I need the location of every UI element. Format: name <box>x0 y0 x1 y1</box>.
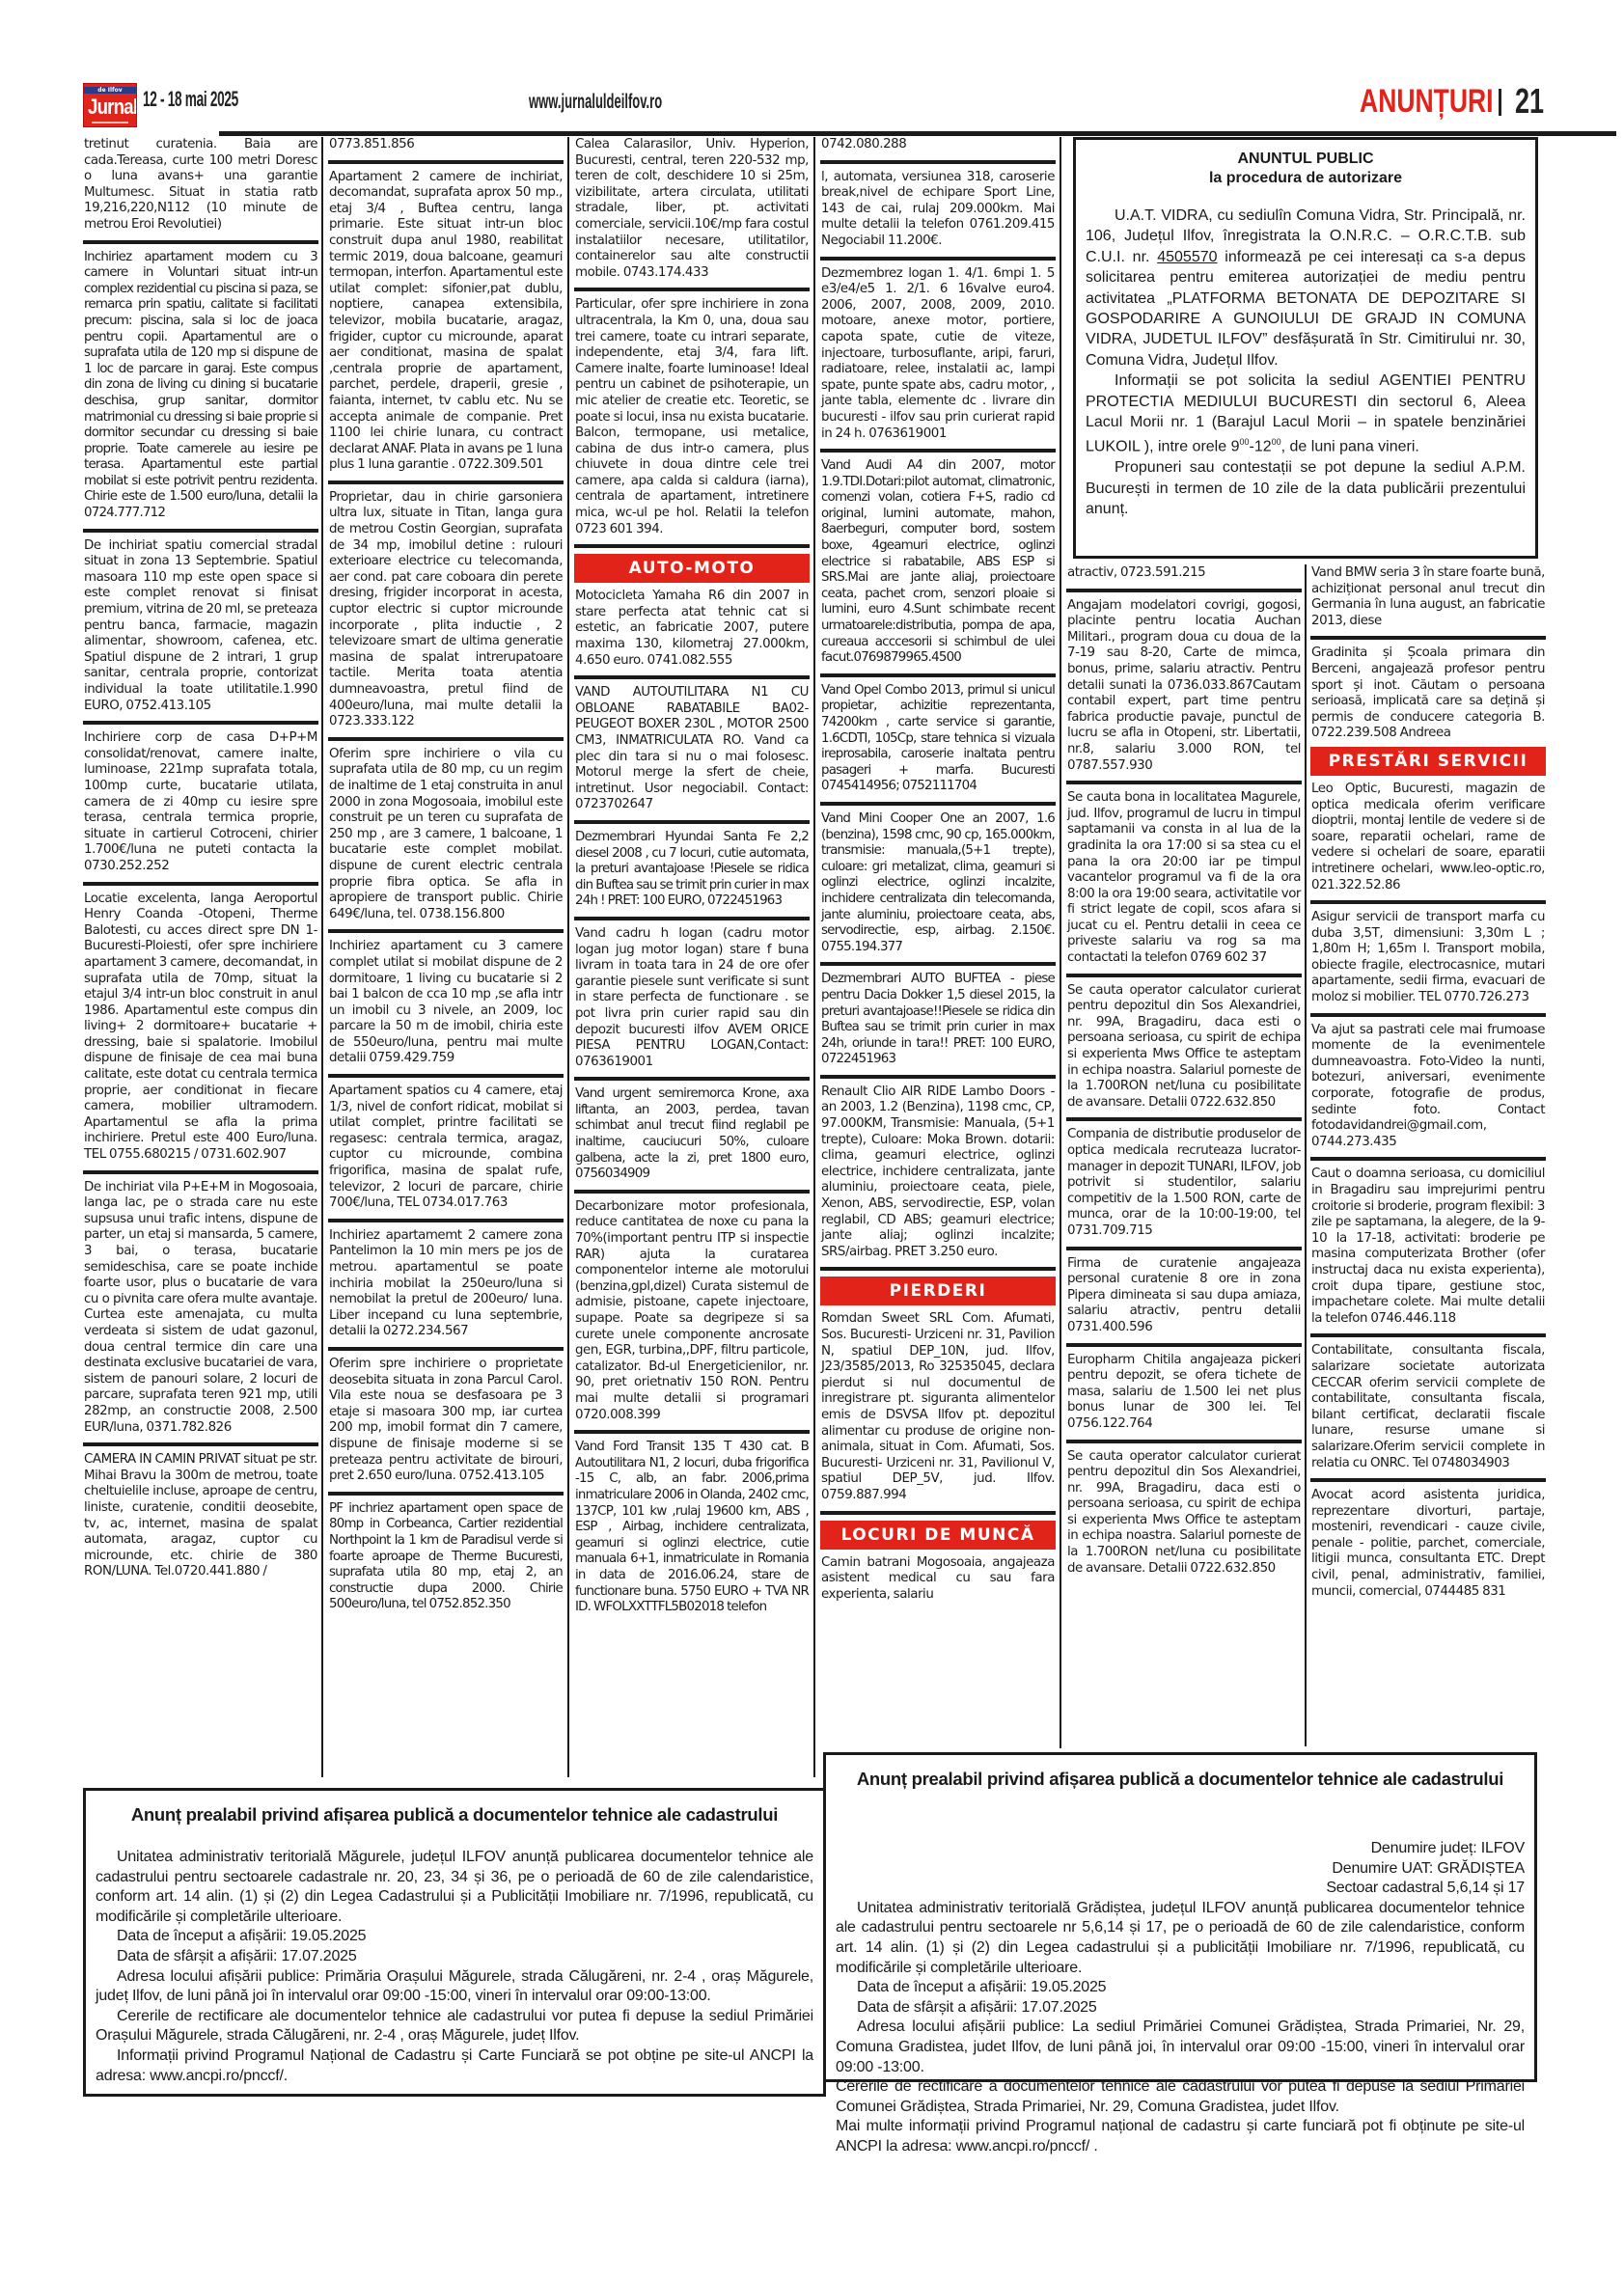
ad-separator <box>1066 1440 1302 1443</box>
cadastru-notice-magurele: Anunț prealabil privind afișarea publică… <box>83 1788 826 2097</box>
ads-column-1: tretinut curatenia. Baia are cada.Tereas… <box>83 137 318 1583</box>
county-name: Denumire județ: ILFOV <box>836 1839 1525 1859</box>
classified-ad: Apartament 2 camere de inchiriat, decoma… <box>328 170 564 477</box>
classified-ad: atractiv, 0723.591.215 <box>1066 565 1302 585</box>
classified-ad: Asigur servicii de transport marfa cu du… <box>1310 910 1546 1009</box>
ad-separator <box>574 675 810 679</box>
display-address: Adresa locului afișării publice: Primări… <box>96 1967 813 2007</box>
classified-ad: Firma de curatenie angajeaza personal cu… <box>1066 1256 1302 1339</box>
header-divider <box>1499 89 1501 116</box>
classified-ad: Vand Mini Cooper One an 2007, 1.6 (benzi… <box>820 811 1056 958</box>
rectification-info: Cererile de rectificare a documentelor t… <box>836 2077 1525 2117</box>
ad-separator <box>820 160 1056 164</box>
ad-separator <box>83 1170 318 1174</box>
classified-ad: l, automata, versiunea 318, caroserie br… <box>820 170 1056 253</box>
logo-title: Jurnalul <box>88 94 132 121</box>
ad-separator <box>820 1075 1056 1079</box>
classified-ad: Leo Optic, Bucuresti, magazin de optica … <box>1310 782 1546 896</box>
ads-column-2: 0773.851.856 Apartament 2 camere de inch… <box>328 137 564 1616</box>
ad-separator <box>328 160 564 164</box>
classified-ad: Inchiriez apartamemt 2 camere zona Pante… <box>328 1228 564 1343</box>
ad-separator <box>574 288 810 291</box>
classified-ad: Angajam modelatori covrigi, gogosi, plac… <box>1066 598 1302 778</box>
ad-separator <box>328 1347 564 1351</box>
ad-separator <box>820 1511 1056 1515</box>
ad-separator <box>1310 900 1546 904</box>
ad-separator <box>574 544 810 548</box>
classified-ad: Vand urgent semiremorca Krone, axa lifta… <box>574 1086 810 1186</box>
ad-separator <box>574 1077 810 1081</box>
ad-separator <box>1066 1117 1302 1121</box>
ad-separator <box>1066 589 1302 592</box>
display-start-date: Data de început a afișării: 19.05.2025 <box>836 1978 1525 1998</box>
issue-date: 12 - 18 mai 2025 <box>143 87 238 112</box>
classified-ad: Romdan Sweet SRL Com. Afumati, Sos. Bucu… <box>820 1311 1056 1506</box>
column-divider <box>321 137 323 1777</box>
ad-separator <box>820 1267 1056 1271</box>
classified-ad: Oferim spre inchiriere o vila cu suprafa… <box>328 747 564 926</box>
cadastru-paragraph: Unitatea administrativ teritorială Măgur… <box>96 1848 813 1927</box>
ad-separator <box>1310 1333 1546 1337</box>
ad-separator <box>83 882 318 886</box>
classified-ad: Dezmembrari Hyundai Santa Fe 2,2 diesel … <box>574 830 810 913</box>
classified-ad: Va ajut sa pastrati cele mai frumoase mo… <box>1310 1023 1546 1154</box>
ancpi-info: Informații privind Programul Național de… <box>96 2046 813 2086</box>
cui-number: 4505570 <box>1157 249 1217 265</box>
ads-column-6: Vand BMW seria 3 în stare foarte bună, a… <box>1310 565 1546 1603</box>
classified-ad: Compania de distributie produselor de op… <box>1066 1127 1302 1242</box>
classified-ad: Inchiriez apartament cu 3 camere complet… <box>328 939 564 1070</box>
classified-ad: tretinut curatenia. Baia are cada.Tereas… <box>83 137 318 236</box>
uat-name: Denumire UAT: GRĂDIȘTEA <box>836 1859 1525 1880</box>
classified-ad: 0773.851.856 <box>328 137 564 156</box>
classified-ad: VAND AUTOUTILITARA N1 CU OBLOANE RABATAB… <box>574 685 810 816</box>
classified-ad: Calea Calarasilor, Univ. Hyperion, Bucur… <box>574 137 810 284</box>
notice-paragraph: U.A.T. VIDRA, cu sediulîn Comuna Vidra, … <box>1086 206 1526 371</box>
display-end-date: Data de sfârșit a afișării: 17.07.2025 <box>96 1947 813 1967</box>
cadastru-title: Anunț prealabil privind afișarea publică… <box>836 1767 1525 1791</box>
ad-separator <box>83 1442 318 1446</box>
ad-separator <box>820 802 1056 806</box>
classified-ad: Decarbonizare motor profesionala, reduce… <box>574 1199 810 1426</box>
ad-separator <box>328 929 564 933</box>
ad-separator <box>820 962 1056 966</box>
ad-separator <box>574 917 810 920</box>
classified-ad: Europharm Chitila angajeaza pickeri pent… <box>1066 1353 1302 1436</box>
ancpi-info: Mai multe informații privind Programul n… <box>836 2117 1525 2156</box>
column-divider <box>1305 564 1307 1746</box>
classified-ad: Dezmembrari AUTO BUFTEA - piese pentru D… <box>820 972 1056 1071</box>
ad-separator <box>328 481 564 484</box>
header-rule <box>219 131 1616 136</box>
ad-separator <box>1066 1247 1302 1250</box>
column-divider <box>1060 137 1061 1748</box>
classified-ad: Vand Ford Transit 135 T 430 cat. B Autou… <box>574 1440 810 1619</box>
ad-separator <box>83 721 318 725</box>
ad-separator <box>83 529 318 533</box>
classified-ad: 0742.080.288 <box>820 137 1056 156</box>
ad-separator <box>328 1219 564 1222</box>
notice-subtitle: la procedura de autorizare <box>1086 169 1526 188</box>
classified-ad: Se cauta operator calculator curierat pe… <box>1066 1449 1302 1580</box>
ad-separator <box>1066 781 1302 784</box>
classified-ad: Vand cadru h logan (cadru motor logan ju… <box>574 926 810 1073</box>
ad-separator <box>574 1430 810 1434</box>
ad-separator <box>328 1074 564 1078</box>
ad-separator <box>1310 1478 1546 1482</box>
column-divider <box>567 137 569 1777</box>
ad-separator <box>820 449 1056 453</box>
classified-ad: Renault Clio AIR RIDE Lambo Doors - an 2… <box>820 1085 1056 1264</box>
classified-ad: Vand Opel Combo 2013, primul si unicul p… <box>820 683 1056 798</box>
column-divider <box>813 137 815 1777</box>
notice-title: ANUNTUL PUBLIC <box>1086 150 1526 169</box>
classified-ad: Contabilitate, consultanta fiscala, sala… <box>1310 1343 1546 1474</box>
ads-column-5: atractiv, 0723.591.215 Angajam modelator… <box>1066 565 1302 1579</box>
classified-ad: De inchiriat spatiu comercial stradal si… <box>83 538 318 718</box>
classified-ad: Avocat acord asistenta juridica, repreze… <box>1310 1488 1546 1603</box>
display-start-date: Data de început a afișării: 19.05.2025 <box>96 1927 813 1947</box>
classified-ad: PF inchriez apartament open space de 80m… <box>328 1501 564 1616</box>
classified-ad: Se cauta bona in localitatea Magurele, j… <box>1066 790 1302 970</box>
ad-separator <box>1310 1013 1546 1017</box>
cadastru-notice-gradistea: Anunț prealabil privind afișarea publică… <box>823 1752 1537 2082</box>
cadastru-paragraph: Unitatea administrativ teritorială Grădi… <box>836 1899 1525 1978</box>
classified-ad: Inchiriere corp de casa D+P+M consolidat… <box>83 730 318 877</box>
classified-ad: Inchiriez apartament modern cu 3 camere … <box>83 250 318 525</box>
classified-ad: Vand BMW seria 3 în stare foarte bună, a… <box>1310 565 1546 632</box>
website-link[interactable]: www.jurnaluldeilfov.ro <box>529 91 662 114</box>
cadastru-title: Anunț prealabil privind afișarea publică… <box>96 1802 813 1826</box>
logo-subtitle: de Ilfov <box>84 87 136 94</box>
ad-separator <box>820 257 1056 261</box>
classified-ad: Se cauta operator calculator curierat pe… <box>1066 983 1302 1114</box>
classified-ad: De inchiriat vila P+E+M in Mogosoaia, la… <box>83 1180 318 1440</box>
public-notice-box: ANUNTUL PUBLIC la procedura de autorizar… <box>1073 137 1538 559</box>
ad-separator <box>328 737 564 741</box>
ad-separator <box>820 673 1056 677</box>
section-title: ANUNȚURI <box>1361 83 1494 121</box>
classified-ad: Dezmembrez logan 1. 4/1. 6mpi 1. 5 e3/e4… <box>820 266 1056 446</box>
ad-separator <box>1066 1343 1302 1347</box>
display-address: Adresa locului afișării publice: La sedi… <box>836 2018 1525 2077</box>
ads-column-4: 0742.080.288 l, automata, versiunea 318,… <box>820 137 1056 1606</box>
ad-separator <box>574 820 810 824</box>
ads-column-3: Calea Calarasilor, Univ. Hyperion, Bucur… <box>574 137 810 1619</box>
ad-separator <box>1310 1157 1546 1161</box>
section-header-locuri-de-munca: LOCURI DE MUNCĂ <box>820 1521 1056 1550</box>
rectification-info: Cererile de rectificare ale documentelor… <box>96 2007 813 2046</box>
classified-ad: Motocicleta Yamaha R6 din 2007 in stare … <box>574 589 810 672</box>
classified-ad: Caut o doamna serioasa, cu domiciliul in… <box>1310 1167 1546 1330</box>
ad-separator <box>1066 974 1302 977</box>
ad-separator <box>328 1492 564 1496</box>
logo-underline <box>92 122 128 124</box>
classified-ad: CAMERA IN CAMIN PRIVAT situat pe str. Mi… <box>83 1452 318 1583</box>
newspaper-logo[interactable]: de Ilfov Jurnalul <box>83 83 137 127</box>
classified-ad: Oferim spre inchiriere o proprietate deo… <box>328 1357 564 1488</box>
section-header-auto-moto: AUTO-MOTO <box>574 554 810 583</box>
notice-paragraph: Propuneri sau contestații se pot depune … <box>1086 457 1526 519</box>
section-header-pierderi: PIERDERI <box>820 1277 1056 1305</box>
ad-separator <box>574 1190 810 1194</box>
section-header-prestari-servicii: PRESTĂRI SERVICII <box>1310 747 1546 776</box>
classified-ad: Apartament spatios cu 4 camere, etaj 1/3… <box>328 1084 564 1215</box>
classified-ad: Particular, ofer spre inchiriere in zona… <box>574 297 810 540</box>
classified-ad: Camin batrani Mogosoaia, angajeaza asist… <box>820 1555 1056 1606</box>
classified-ad: Gradinita și Școala primara din Berceni,… <box>1310 645 1546 745</box>
page-number: 21 <box>1515 81 1544 122</box>
notice-paragraph: Informații se pot solicita la sediul AGE… <box>1086 371 1526 457</box>
ad-separator <box>83 240 318 244</box>
classified-ad: Vand Audi A4 din 2007, motor 1.9.TDI.Dot… <box>820 458 1056 670</box>
ad-separator <box>1310 636 1546 640</box>
classified-ad: Proprietar, dau in chirie garsoniera ult… <box>328 490 564 733</box>
page-header: de Ilfov Jurnalul 12 - 18 mai 2025 www.j… <box>77 81 1544 129</box>
cadastral-sectors: Sectoar cadastral 5,6,14 și 17 <box>836 1879 1525 1899</box>
classified-ad: Locatie excelenta, langa Aeroportul Henr… <box>83 892 318 1167</box>
display-end-date: Data de sfârșit a afișării: 17.07.2025 <box>836 1998 1525 2018</box>
